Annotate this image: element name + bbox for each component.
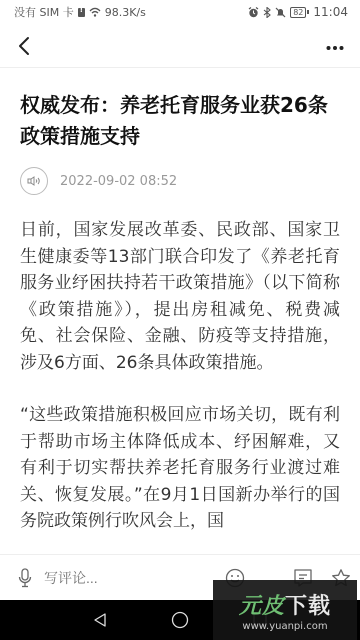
back-button[interactable] — [18, 36, 38, 56]
comment-input[interactable] — [44, 570, 225, 586]
article-title: 权威发布：养老托育服务业获26条政策措施支持 — [20, 90, 340, 152]
wifi-icon — [89, 7, 101, 17]
speaker-icon — [27, 176, 41, 186]
battery-icon: 82 — [290, 7, 309, 18]
status-bar: 没有 SIM 卡 98.3K/s 82 11:04 — [0, 0, 360, 24]
battery-level: 82 — [290, 7, 306, 18]
article-meta: 2022-09-02 08:52 — [20, 167, 340, 195]
mute-bell-icon — [275, 7, 286, 18]
watermark-overlay: 元皮下载 www.yuanpi.com — [213, 580, 357, 640]
net-speed: 98.3K/s — [105, 6, 146, 19]
article-content[interactable]: 权威发布：养老托育服务业获26条政策措施支持 2022-09-02 08:52 … — [0, 68, 360, 554]
top-nav-bar — [0, 24, 360, 68]
watermark-url: www.yuanpi.com — [242, 621, 327, 632]
home-circle-icon[interactable] — [171, 611, 189, 629]
status-right: 82 11:04 — [248, 5, 348, 19]
clock: 11:04 — [313, 5, 348, 19]
read-aloud-button[interactable] — [20, 167, 48, 195]
article-paragraph: “这些政策措施积极回应市场关切，既有利于帮助市场主体降低成本、纾困解难，又有利于… — [20, 402, 340, 535]
mic-icon — [18, 568, 32, 588]
sim-alert-icon — [78, 8, 85, 17]
chevron-left-icon — [18, 36, 30, 56]
more-horizontal-icon — [326, 45, 344, 51]
carrier-text: 没有 SIM 卡 — [14, 4, 74, 20]
voice-input-button[interactable] — [18, 567, 32, 589]
publish-date: 2022-09-02 08:52 — [60, 174, 177, 189]
status-left: 没有 SIM 卡 98.3K/s — [14, 4, 146, 20]
back-triangle-icon[interactable] — [92, 612, 108, 628]
alarm-icon — [248, 7, 259, 18]
article-paragraph: 日前，国家发展改革委、民政部、国家卫生健康委等13部门联合印发了《养老托育服务业… — [20, 217, 340, 376]
bluetooth-icon — [263, 7, 271, 18]
more-button[interactable] — [326, 35, 344, 56]
watermark-logo: 元皮下载 — [239, 589, 331, 620]
